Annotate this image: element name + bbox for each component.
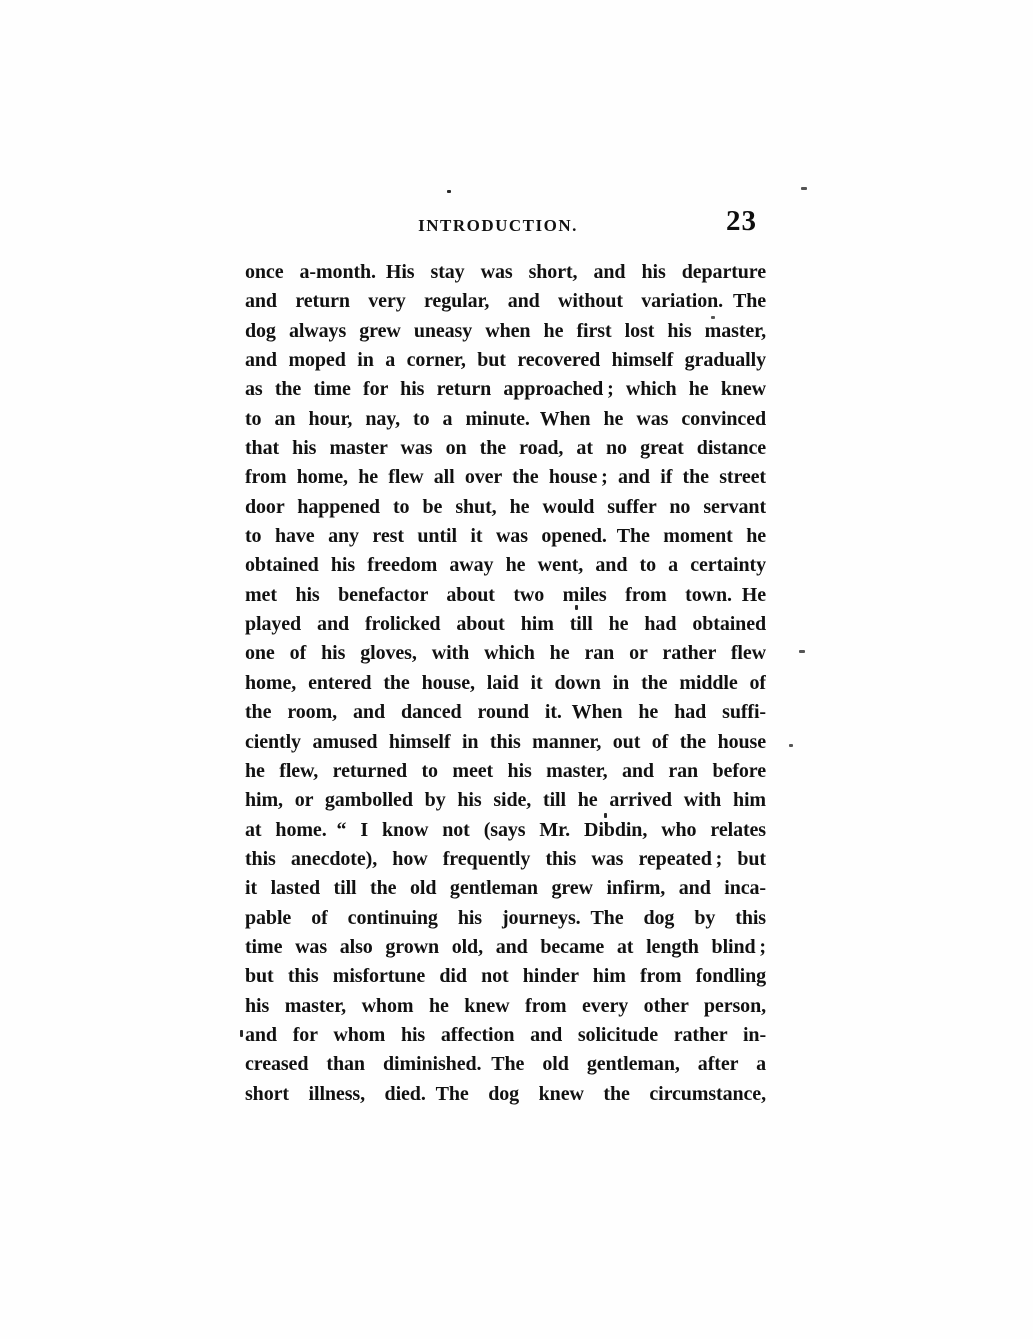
scan-speck [801, 187, 807, 190]
text-line: short illness, died. The dog knew the ci… [245, 1080, 766, 1109]
text-line: this anecdote), how frequently this was … [245, 845, 766, 874]
text-line: pable of continuing his journeys. The do… [245, 904, 766, 933]
page-number: 23 [726, 207, 757, 236]
text-line: that his master was on the road, at no g… [245, 434, 766, 463]
text-line: to an hour, nay, to a minute. When he wa… [245, 405, 766, 434]
text-line: the room, and danced round it. When he h… [245, 698, 766, 727]
scan-speck [789, 744, 793, 747]
text-line: obtained his freedom away he went, and t… [245, 551, 766, 580]
text-line: as the time for his return approached ; … [245, 375, 766, 404]
text-line: and return very regular, and without var… [245, 287, 766, 316]
text-line: to have any rest until it was opened. Th… [245, 522, 766, 551]
text-line: met his benefactor about two miles from … [245, 581, 766, 610]
book-page: INTRODUCTION. 23 once a-month. His stay … [0, 0, 1033, 1339]
text-line: but this misfortune did not hinder him f… [245, 962, 766, 991]
text-line: door happened to be shut, he would suffe… [245, 493, 766, 522]
text-line: ciently amused himself in this manner, o… [245, 728, 766, 757]
text-line: dog always grew uneasy when he first los… [245, 317, 766, 346]
text-line: at home. “ I know not (says Mr. Dibdin, … [245, 816, 766, 845]
running-header: INTRODUCTION. [238, 217, 758, 234]
scan-speck [447, 190, 451, 193]
text-line: played and frolicked about him till he h… [245, 610, 766, 639]
text-line: one of his gloves, with which he ran or … [245, 639, 766, 668]
text-line: and for whom his affection and solicitud… [245, 1021, 766, 1050]
text-line: from home, he flew all over the house ; … [245, 463, 766, 492]
text-line: time was also grown old, and became at l… [245, 933, 766, 962]
text-line: his master, whom he knew from every othe… [245, 992, 766, 1021]
text-line: he flew, returned to meet his master, an… [245, 757, 766, 786]
text-line: home, entered the house, laid it down in… [245, 669, 766, 698]
text-line: it lasted till the old gentleman grew in… [245, 874, 766, 903]
page-text: once a-month. His stay was short, and hi… [245, 258, 766, 1109]
text-line: creased than diminished. The old gentlem… [245, 1050, 766, 1079]
text-line: and moped in a corner, but recovered him… [245, 346, 766, 375]
scan-speck [240, 1030, 243, 1037]
text-line: once a-month. His stay was short, and hi… [245, 258, 766, 287]
text-line: him, or gambolled by his side, till he a… [245, 786, 766, 815]
scan-speck [799, 650, 805, 653]
